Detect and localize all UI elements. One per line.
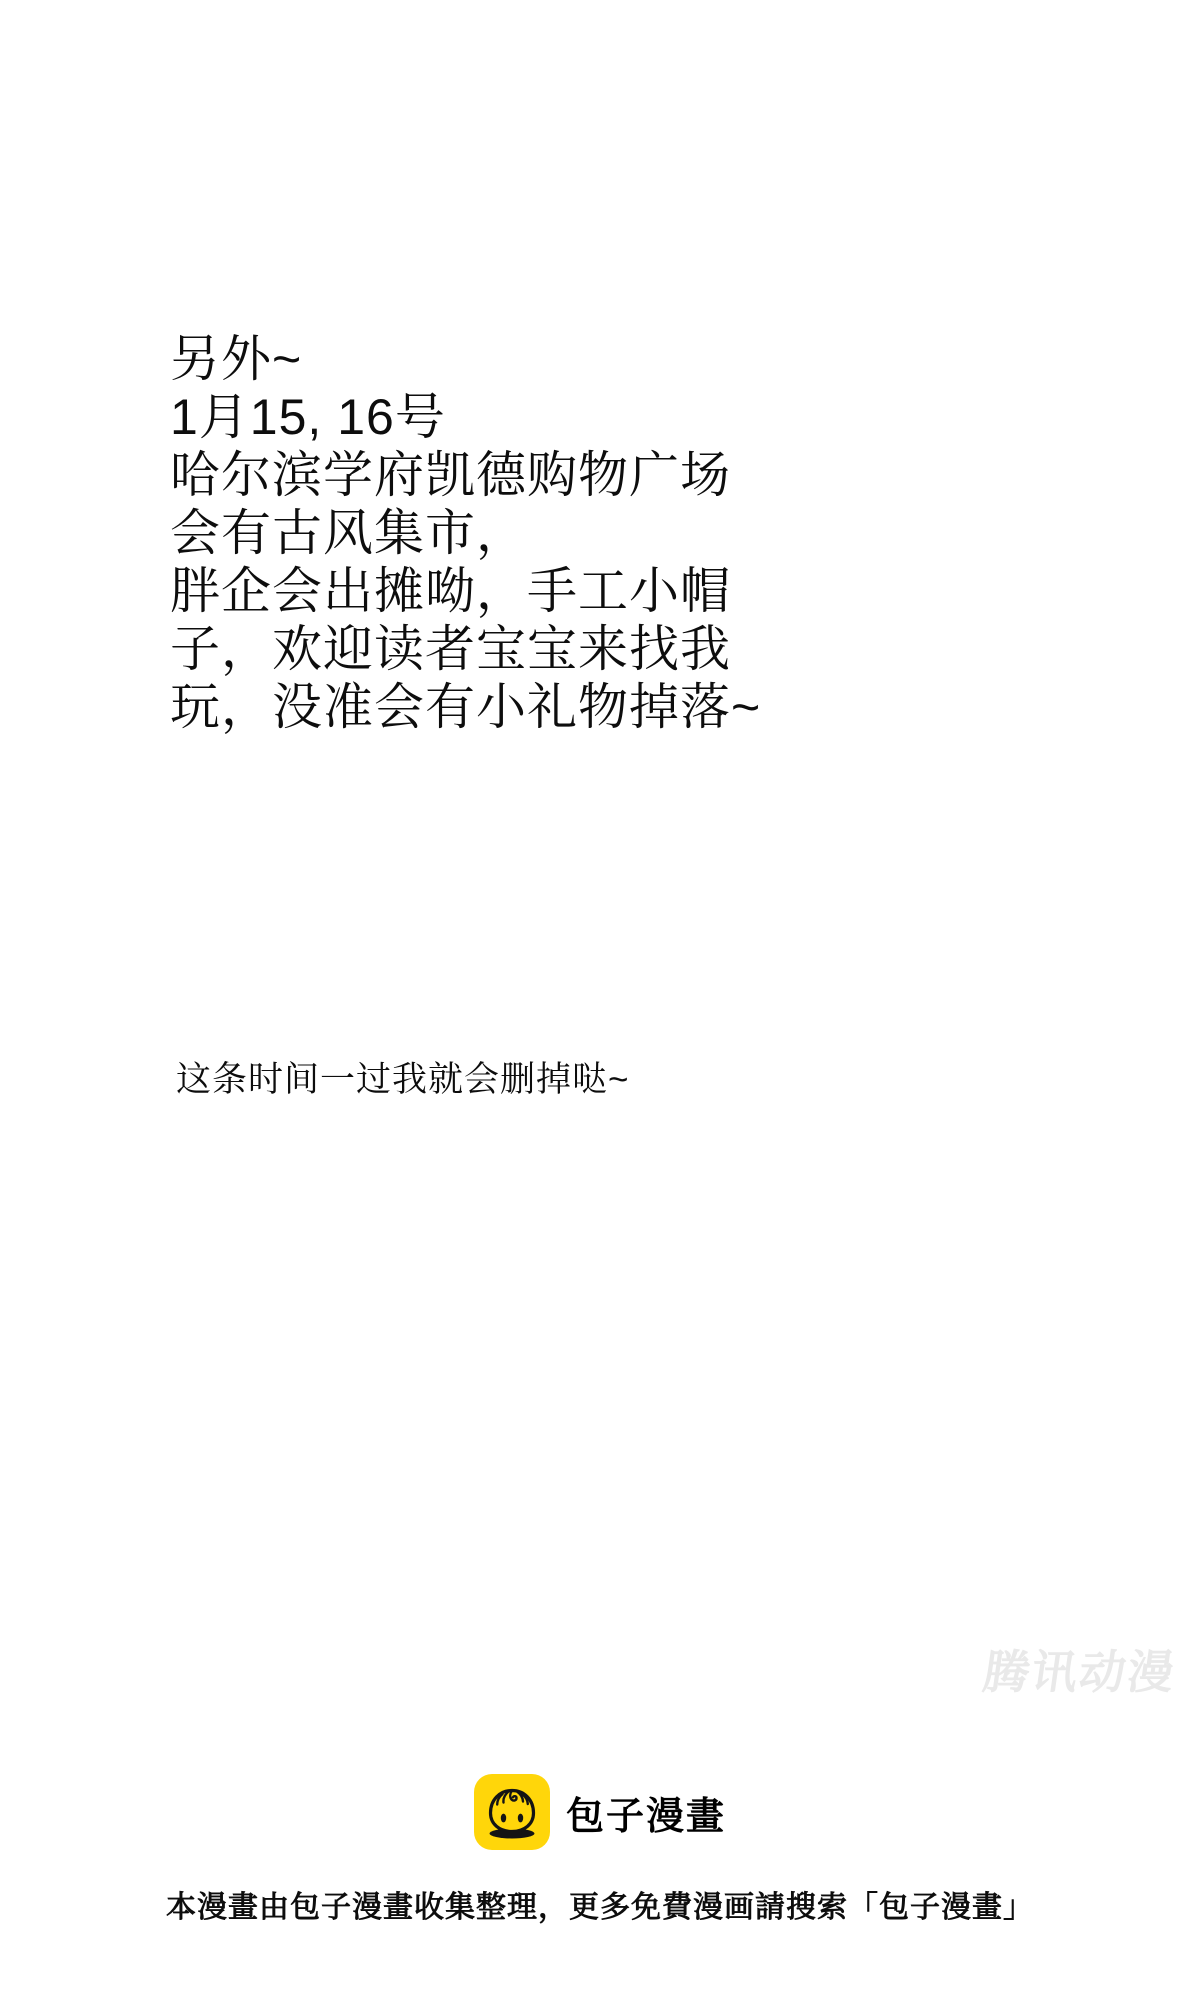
baozi-brand-name: 包子漫畫 (566, 1785, 726, 1840)
baozi-bun-icon (474, 1774, 550, 1850)
announcement-line: 1月15, 16号 (170, 388, 761, 446)
announcement-line: 玩，没准会有小礼物掉落~ (170, 678, 761, 736)
baozi-brand-row: 包子漫畫 (0, 1774, 1200, 1850)
announcement-line: 胖企会出摊呦，手工小帽 (170, 562, 761, 620)
announcement-line: 另外~ (170, 330, 761, 388)
deletion-note: 这条时间一过我就会删掉哒~ (176, 1052, 629, 1102)
announcement-block: 另外~ 1月15, 16号 哈尔滨学府凯德购物广场 会有古风集市， 胖企会出摊呦… (170, 330, 761, 736)
announcement-line: 哈尔滨学府凯德购物广场 (170, 446, 761, 504)
footer-credit-text: 本漫畫由包子漫畫收集整理，更多免費漫画請搜索「包子漫畫」 (0, 1882, 1200, 1926)
announcement-line: 子，欢迎读者宝宝来找我 (170, 620, 761, 678)
comic-announcement-page: 另外~ 1月15, 16号 哈尔滨学府凯德购物广场 会有古风集市， 胖企会出摊呦… (0, 0, 1200, 1994)
tencent-comics-watermark: 腾讯动漫 (979, 1636, 1180, 1702)
announcement-line: 会有古风集市， (170, 504, 761, 562)
